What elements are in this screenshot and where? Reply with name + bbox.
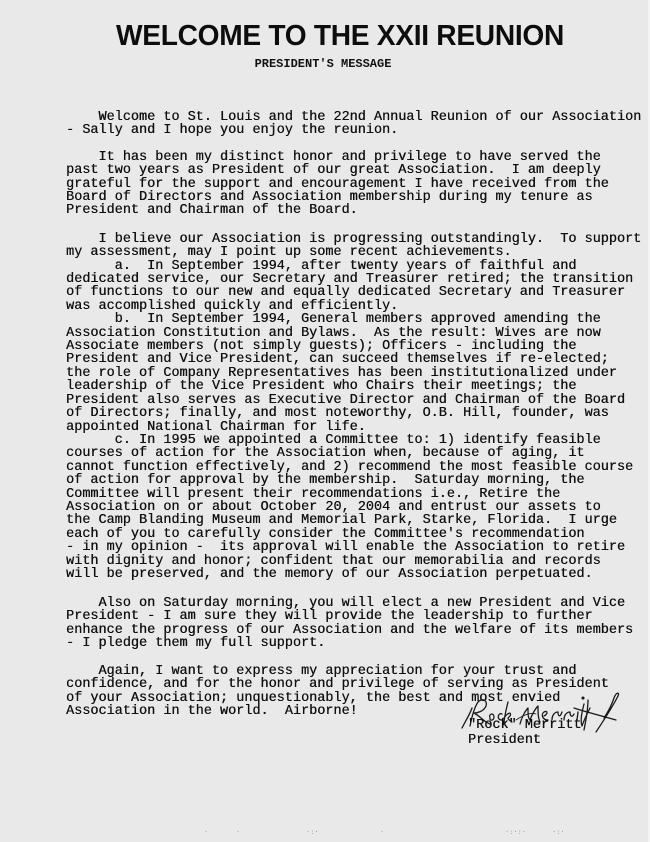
signatory-name: "Rock" Merritt xyxy=(468,718,581,733)
scan-speck: ·:·:· xyxy=(505,828,526,836)
scan-noise: · · ·:· · ·:·:· ·:· xyxy=(0,826,650,840)
scan-speck: · xyxy=(236,828,240,836)
scan-mark xyxy=(538,34,541,35)
signatory-title: President xyxy=(468,733,541,748)
scan-speck: ·:· xyxy=(306,828,319,836)
section-heading: PRESIDENT'S MESSAGE xyxy=(0,57,646,71)
scan-speck: ·:· xyxy=(552,828,565,836)
paragraph-text: I believe our Association is progressing… xyxy=(66,233,641,582)
paragraph-achievements: I believe our Association is progressing… xyxy=(66,206,641,595)
scan-speck: · xyxy=(204,828,208,836)
document-title: WELCOME TO THE XXII REUNION xyxy=(10,20,650,53)
signature-block: "Rock" Merritt President xyxy=(456,690,636,760)
scan-speck: · xyxy=(380,828,384,836)
